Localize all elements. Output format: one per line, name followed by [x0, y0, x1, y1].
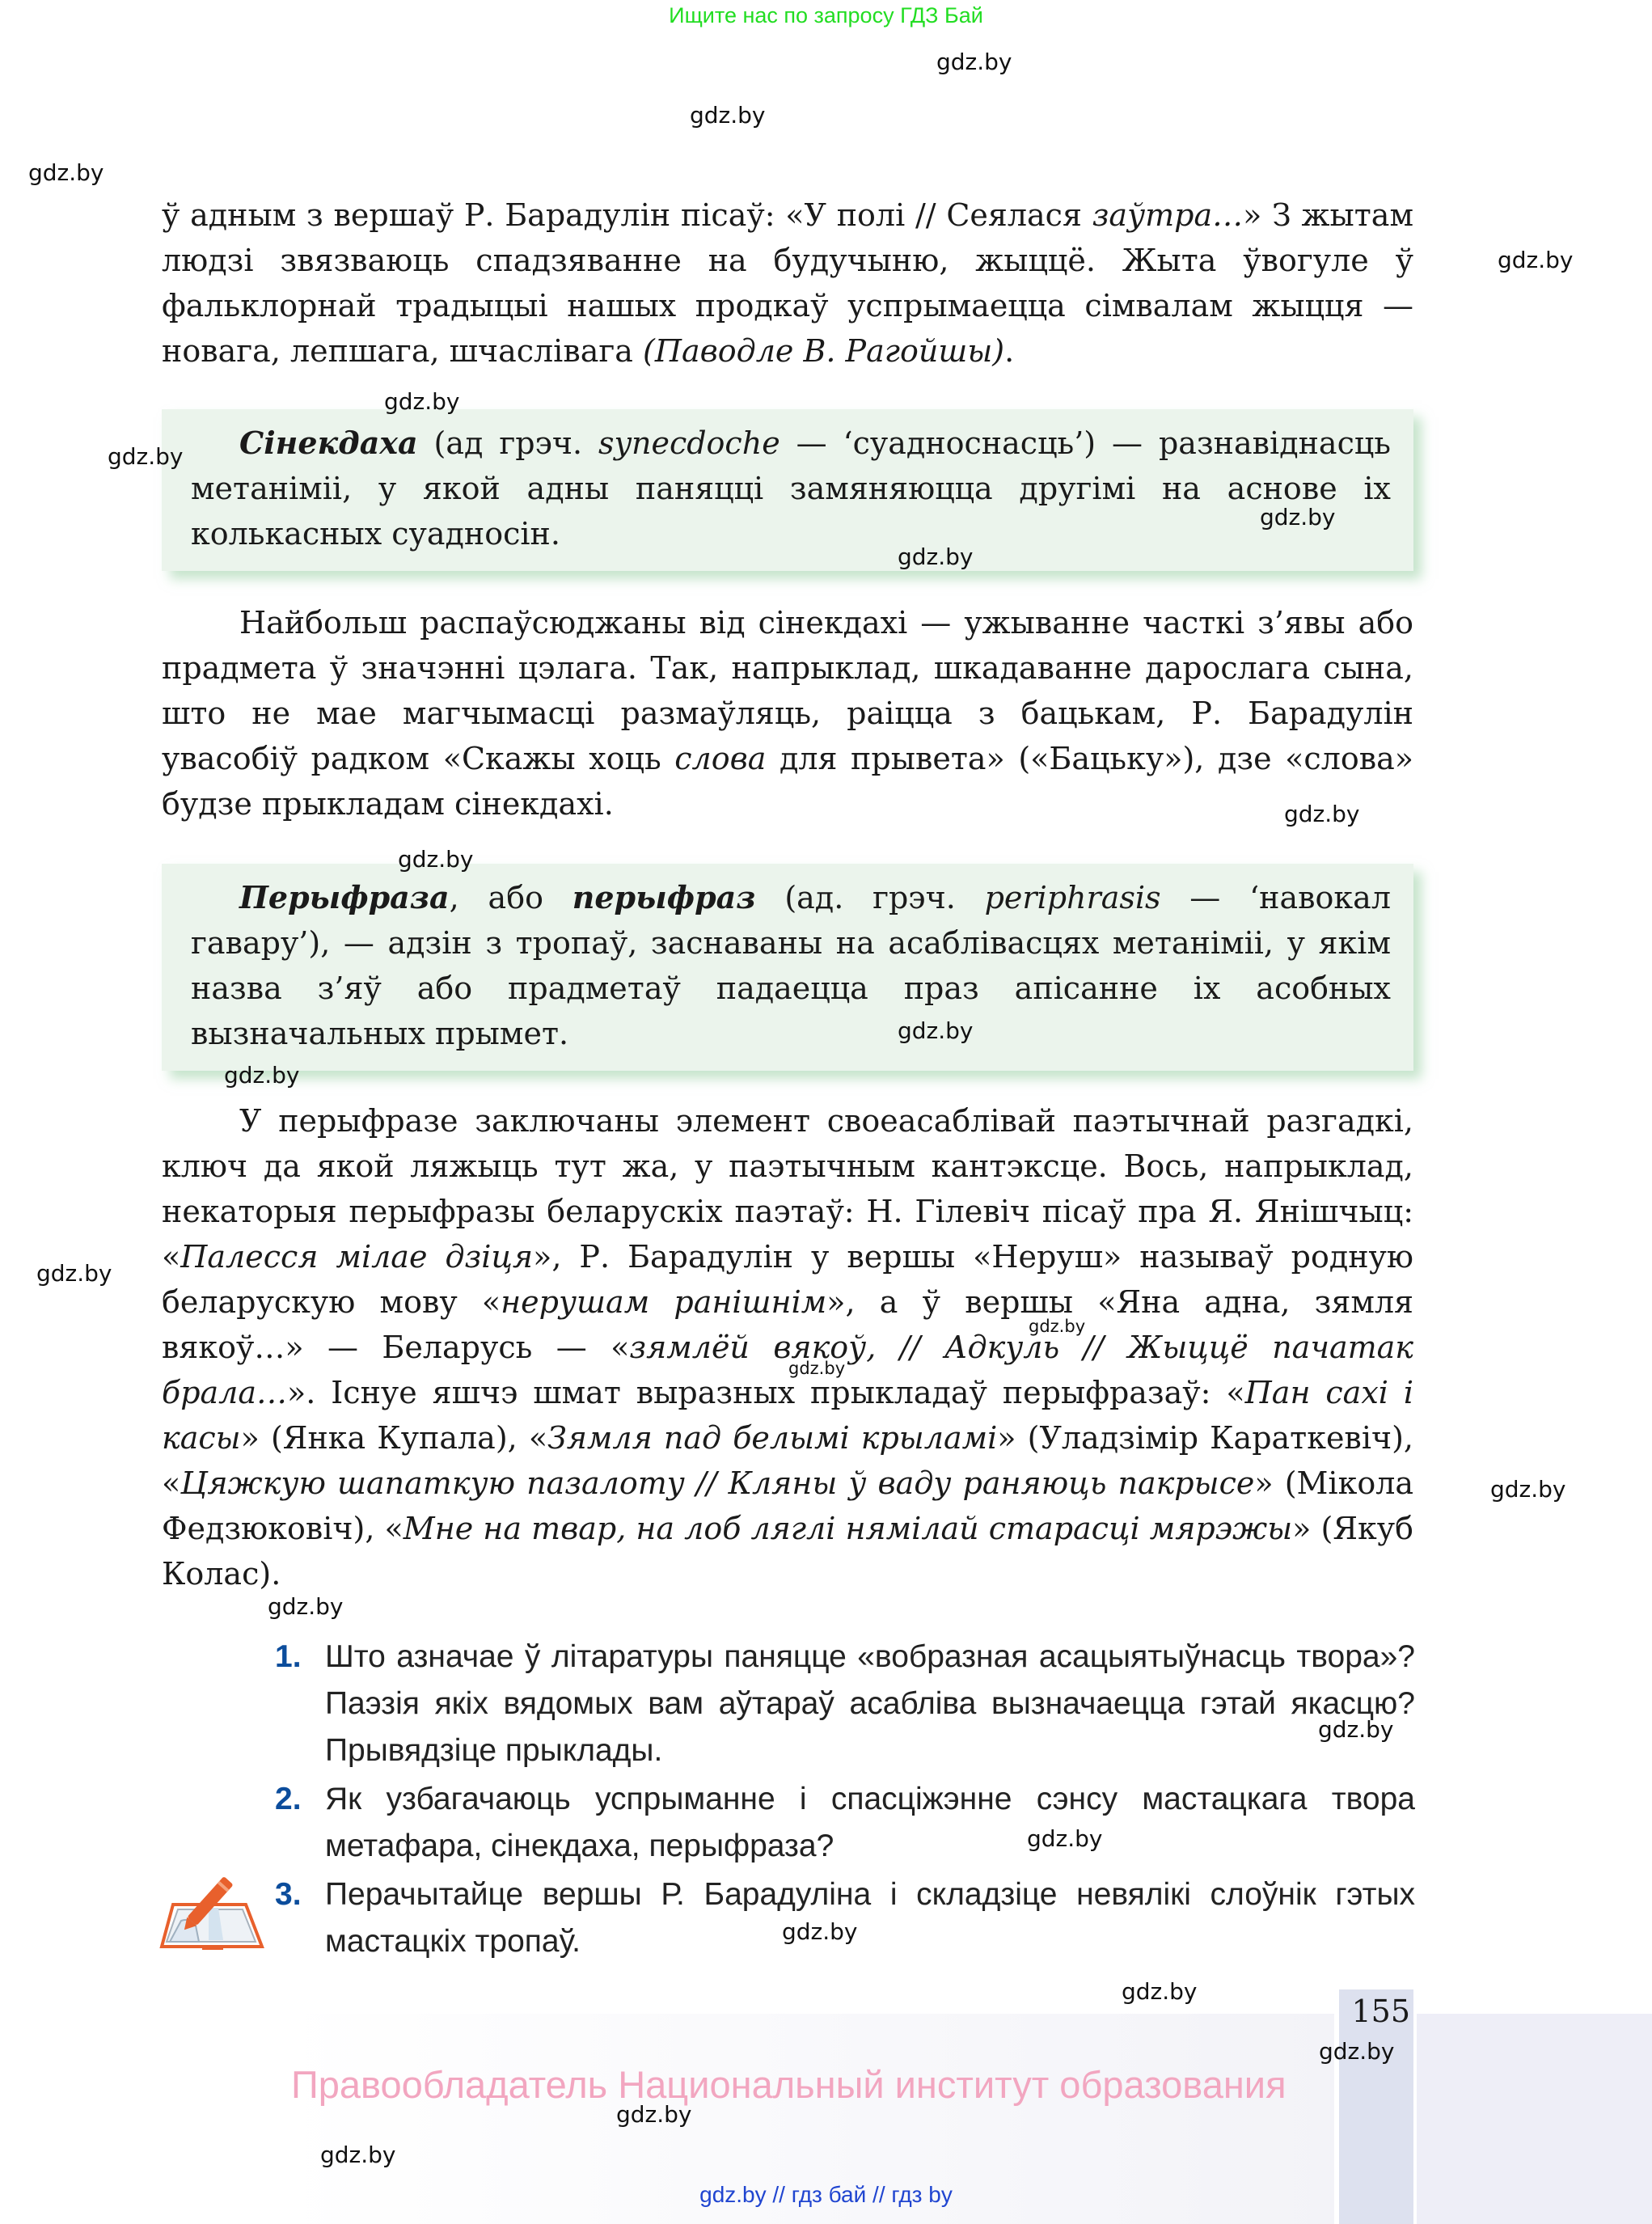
rich-paragraph: Найбольш распаўсюджаны від сінекдахі — у…	[162, 600, 1413, 827]
watermark: gdz.by	[1490, 1476, 1566, 1503]
watermark: gdz.by	[788, 1359, 845, 1378]
watermark: gdz.by	[936, 49, 1012, 75]
text-run: (ад. грэч.	[756, 880, 985, 915]
task-text: Што азначае ў літаратуры паняцце «вобраз…	[325, 1639, 1415, 1768]
watermark: gdz.by	[36, 1260, 112, 1287]
watermark: gdz.by	[782, 1918, 858, 1945]
italic-quote: Цяжкую шапаткую пазалоту // Кляны ў ваду…	[180, 1465, 1254, 1501]
paragraph-synecdoche: Найбольш распаўсюджаны від сінекдахі — у…	[162, 600, 1413, 827]
watermark: gdz.by	[1122, 1978, 1198, 2005]
footer-links[interactable]: gdz.by // гдз бай // гдз by	[0, 2182, 1652, 2208]
italic-quote: synecdoche	[598, 425, 780, 461]
italic-quote: Зямля пад белымі крыламі	[547, 1420, 997, 1456]
italic-quote: заўтра…	[1092, 197, 1243, 233]
text-run: ». Існуе яшчэ шмат выразных прыкладаў пе…	[287, 1375, 1245, 1410]
term: Сінекдаха	[239, 425, 418, 461]
watermark: gdz.by	[690, 102, 766, 129]
text-run: , або	[450, 880, 572, 915]
watermark: gdz.by	[898, 1017, 974, 1044]
term: перыфраз	[572, 879, 756, 915]
definition-box-periphrasis: Перыфраза, або перыфраз (ад. грэч. perip…	[162, 864, 1413, 1071]
italic-quote: periphrasis	[985, 880, 1161, 915]
text-run: » (Янка Купала), «	[241, 1420, 548, 1456]
task-list: 1. Што азначае ў літаратуры паняцце «воб…	[275, 1634, 1415, 1967]
italic-quote: слова	[674, 741, 766, 776]
definition-synecdoche: Сінекдаха (ад грэч. synecdoche — ‘суадно…	[191, 421, 1391, 556]
task-text: Як узбагачаюць успрыманне і спасціжэнне …	[325, 1782, 1415, 1863]
watermark: gdz.by	[320, 2142, 396, 2168]
copyright-notice: Правообладатель Национальный институт об…	[291, 2062, 1287, 2107]
watermark: gdz.by	[268, 1593, 344, 1620]
italic-quote: Палесся мілае дзіця	[180, 1239, 533, 1275]
italic-quote: (Паводле В. Рагойшы)	[643, 333, 1004, 369]
task-item: 1. Што азначае ў літаратуры паняцце «воб…	[275, 1634, 1415, 1774]
watermark: gdz.by	[224, 1062, 300, 1089]
definition-periphrasis: Перыфраза, або перыфраз (ад. грэч. perip…	[191, 875, 1391, 1056]
watermark: gdz.by	[1318, 1716, 1394, 1743]
paragraph-periphrasis: У перыфразе заключаны элемент своеасаблі…	[162, 1098, 1413, 1596]
watermark: gdz.by	[898, 543, 974, 570]
watermark: gdz.by	[616, 2101, 692, 2128]
paragraph-intro: ў адным з вершаў Р. Барадулін пісаў: «У …	[162, 192, 1413, 374]
watermark: gdz.by	[1319, 2038, 1395, 2065]
watermark: gdz.by	[1498, 247, 1574, 273]
rich-paragraph: ў адным з вершаў Р. Барадулін пісаў: «У …	[162, 192, 1413, 374]
text-run: (ад грэч.	[418, 425, 598, 461]
writing-book-icon	[158, 1872, 268, 1953]
task-number: 2.	[275, 1776, 302, 1823]
text-run: ў адным з вершаў Р. Барадулін пісаў: «У …	[162, 197, 1092, 233]
italic-quote: Мне на твар, на лоб ляглі нямілай старас…	[403, 1511, 1292, 1546]
term: Перыфраза	[239, 879, 450, 915]
watermark: gdz.by	[1029, 1317, 1085, 1336]
watermark: gdz.by	[108, 443, 184, 470]
task-text: Перачытайце вершы Р. Барадуліна і складз…	[325, 1877, 1415, 1959]
definition-box-synecdoche: Сінекдаха (ад грэч. synecdoche — ‘суадно…	[162, 409, 1413, 571]
watermark: gdz.by	[1027, 1825, 1103, 1852]
italic-quote: нерушам ранішнім	[501, 1284, 826, 1320]
page-number: 155	[1339, 1994, 1410, 2029]
watermark: gdz.by	[28, 159, 104, 186]
task-item: 2. Як узбагачаюць успрыманне і спасціжэн…	[275, 1776, 1415, 1870]
task-number: 1.	[275, 1634, 302, 1681]
task-number: 3.	[275, 1871, 302, 1918]
watermark: gdz.by	[398, 846, 474, 873]
rich-paragraph: У перыфразе заключаны элемент своеасаблі…	[162, 1098, 1413, 1596]
watermark: gdz.by	[1260, 504, 1336, 531]
watermark: gdz.by	[1284, 801, 1360, 827]
watermark: gdz.by	[384, 388, 460, 415]
text-run: .	[1004, 333, 1014, 369]
search-note: Ищите нас по запросу ГДЗ Бай	[0, 3, 1652, 28]
